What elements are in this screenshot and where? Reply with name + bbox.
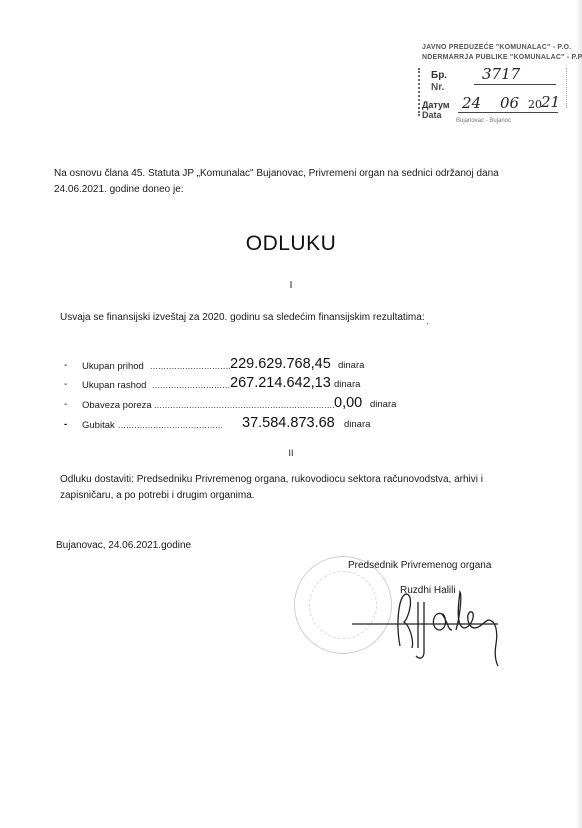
financial-label: Gubitak <box>82 420 115 431</box>
bullet-dash: - <box>64 379 67 390</box>
stamp-date-day: 24 <box>462 94 481 112</box>
currency: dinara <box>334 379 360 390</box>
financial-value: 229.629.768,45 <box>230 356 331 372</box>
stamp-date-year-prefix: 20 <box>528 98 542 111</box>
dot-leader: ........................................… <box>118 420 222 430</box>
page-edge <box>576 0 582 828</box>
place-and-date: Bujanovac, 24.06.2021.godine <box>56 538 191 554</box>
registry-stamp: JAVNO PREDUZEĆE "KOMUNALAC" - P.O. NDERM… <box>418 38 568 122</box>
section-2-line-2: zapisničaru, a po potrebi i drugim organ… <box>60 488 483 504</box>
financial-value: 0,00 <box>334 395 362 411</box>
stamp-date-label-sr: Датум <box>422 100 450 110</box>
stamp-date-label-lat: Data <box>422 110 442 120</box>
currency: dinara <box>344 419 370 430</box>
signatory-title: Predsednik Privremenog organa <box>348 558 491 574</box>
stray-mark: . <box>426 314 429 330</box>
stamp-city: Bujanovac - Bujanoc <box>456 118 511 124</box>
dot-leader: ........................................… <box>154 400 334 410</box>
document-title: ODLUKU <box>0 232 582 256</box>
section-1-text: Usvaja se finansijski izveštaj za 2020. … <box>60 310 425 326</box>
financial-label: Ukupan prihod <box>82 361 144 372</box>
stamp-org-line-2: NDERMARRJA PUBLIKE "KOMUNALAC" - P.P. <box>422 54 582 61</box>
stamp-date-year-suffix: 21 <box>541 93 560 111</box>
bullet-dash: - <box>64 399 67 410</box>
bullet-dash: - <box>64 419 67 430</box>
dot-leader: ........................................… <box>150 361 230 371</box>
stamp-date-underline <box>458 112 558 113</box>
section-2-line-1: Odluku dostaviti: Predsedniku Privremeno… <box>60 472 483 488</box>
intro-line-1: Na osnovu člana 45. Statuta JP „Komunala… <box>54 166 499 182</box>
stamp-border-right <box>566 68 569 108</box>
stamp-number-label-lat: Nr. <box>431 82 444 93</box>
stamp-org-line-1: JAVNO PREDUZEĆE "KOMUNALAC" - P.O. <box>422 44 571 51</box>
stamp-number-label-sr: Бр. <box>431 70 447 81</box>
financial-value: 267.214.642,13 <box>230 375 331 391</box>
dot-leader: ........................................… <box>152 380 230 390</box>
section-1-numeral: I <box>0 280 582 291</box>
handwritten-signature <box>348 586 508 666</box>
section-2-paragraph: Odluku dostaviti: Predsedniku Privremeno… <box>60 472 483 504</box>
section-2-numeral: II <box>0 448 582 458</box>
bullet-dash: - <box>64 360 67 371</box>
stamp-number-value: 3717 <box>482 65 520 83</box>
intro-line-2: 24.06.2021. godine doneo je: <box>54 182 499 198</box>
financial-value: 37.584.873.68 <box>242 415 335 431</box>
stamp-number-underline <box>474 84 556 85</box>
document-page: JAVNO PREDUZEĆE "KOMUNALAC" - P.O. NDERM… <box>0 0 582 828</box>
currency: dinara <box>370 399 396 410</box>
intro-paragraph: Na osnovu člana 45. Statuta JP „Komunala… <box>54 166 499 198</box>
financial-label: Ukupan rashod <box>82 380 146 391</box>
stamp-date-month: 06 <box>500 94 519 112</box>
financial-label: Obaveza poreza <box>82 400 152 411</box>
currency: dinara <box>338 360 364 371</box>
